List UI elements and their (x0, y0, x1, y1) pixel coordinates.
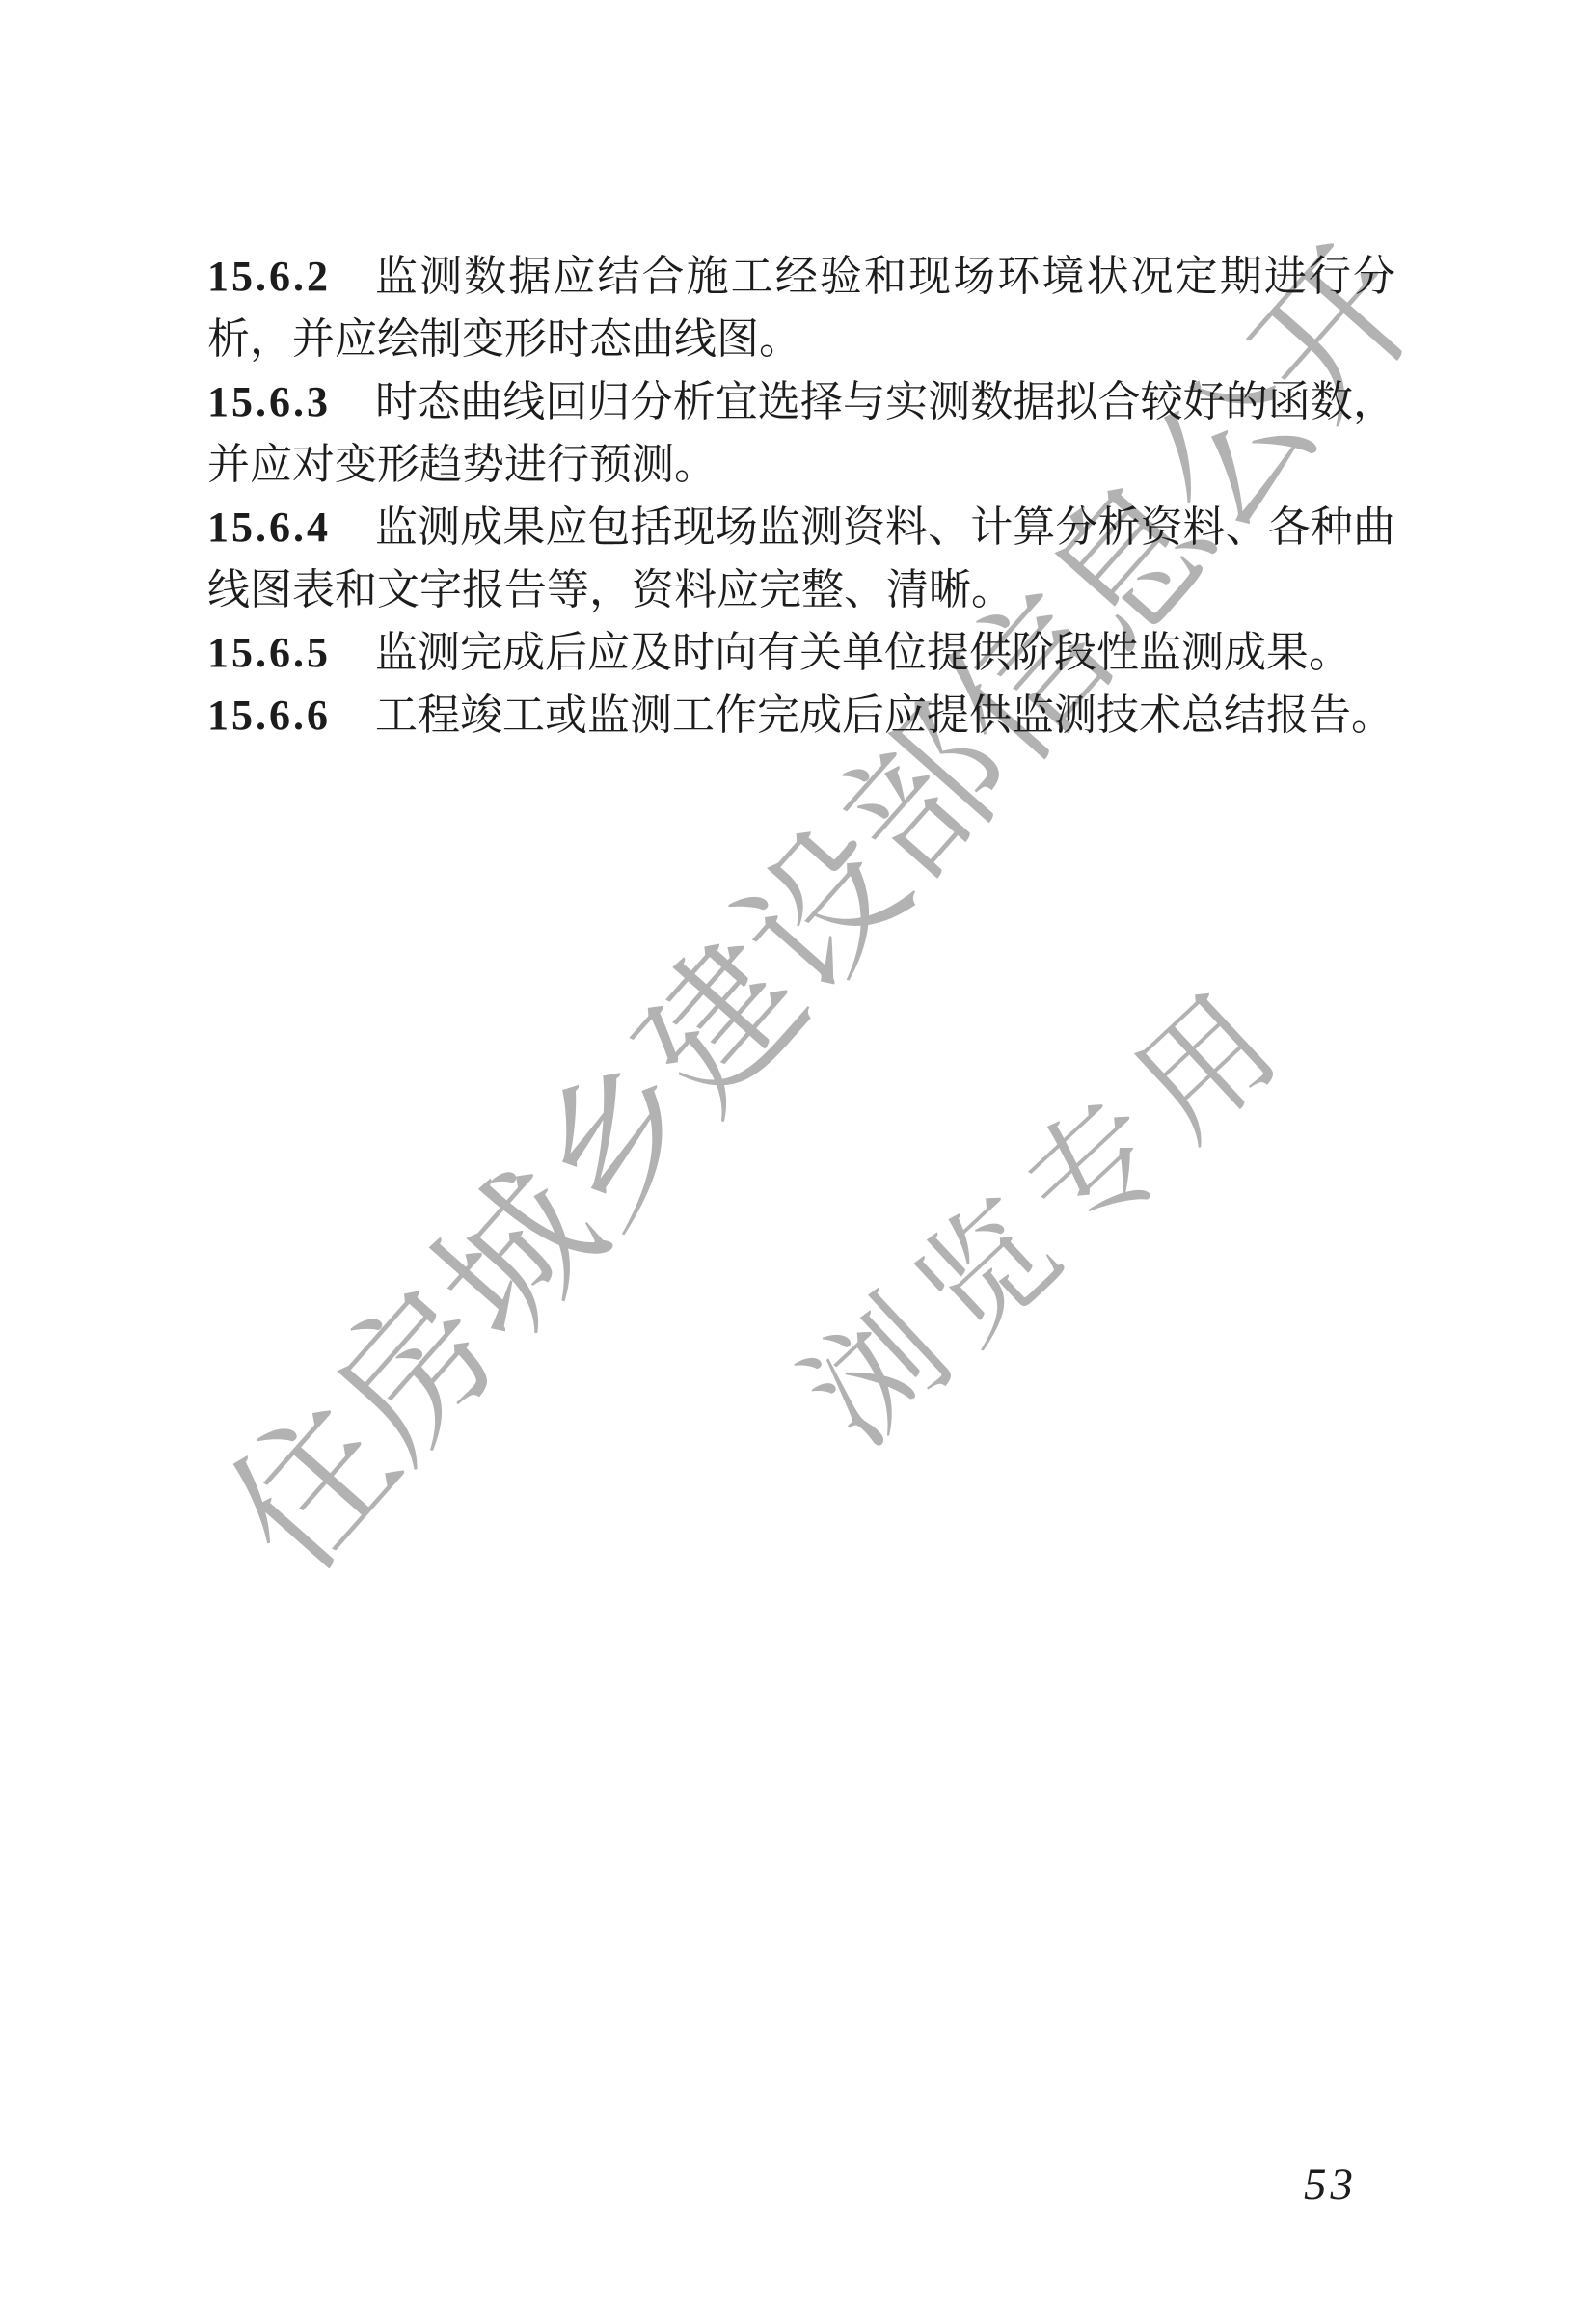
clause-text: 监测完成后应及时向有关单位提供阶段性监测成果。 (375, 621, 1395, 684)
page-number: 53 (1304, 2159, 1357, 2211)
clause-15.6.2-line: 15.6.2监测数据应结合施工经验和现场环境状况定期进行分 (207, 245, 1395, 308)
clause-15.6.3-line: 15.6.3时态曲线回归分析宜选择与实测数据拟合较好的函数， (207, 370, 1395, 433)
clause-text: 工程竣工或监测工作完成后应提供监测技术总结报告。 (375, 684, 1395, 747)
clause-15.6.5-line: 15.6.5监测完成后应及时向有关单位提供阶段性监测成果。 (207, 621, 1395, 684)
clause-number: 15.6.6 (207, 684, 331, 747)
clause-text: 并应对变形趋势进行预测。 (207, 433, 1395, 496)
document-page: 住房城乡建设部信息公开 浏览专用 15.6.2监测数据应结合施工经验和现场环境状… (0, 0, 1596, 2311)
clause-15.6.2-continuation: 析，并应绘制变形时态曲线图。 (207, 308, 1395, 370)
clauses-block: 15.6.2监测数据应结合施工经验和现场环境状况定期进行分析，并应绘制变形时态曲… (207, 245, 1395, 747)
clause-15.6.4-line: 15.6.4监测成果应包括现场监测资料、计算分析资料、各种曲 (207, 496, 1395, 558)
clause-text: 监测成果应包括现场监测资料、计算分析资料、各种曲 (375, 496, 1395, 558)
clause-15.6.6-line: 15.6.6工程竣工或监测工作完成后应提供监测技术总结报告。 (207, 684, 1395, 747)
clause-text: 时态曲线回归分析宜选择与实测数据拟合较好的函数， (375, 370, 1395, 433)
clause-text: 线图表和文字报告等，资料应完整、清晰。 (207, 558, 1395, 621)
clause-number: 15.6.3 (207, 370, 331, 433)
clause-text: 监测数据应结合施工经验和现场环境状况定期进行分 (375, 245, 1395, 308)
clause-text: 析，并应绘制变形时态曲线图。 (207, 308, 1395, 370)
clause-number: 15.6.2 (207, 245, 331, 308)
clause-15.6.3-continuation: 并应对变形趋势进行预测。 (207, 433, 1395, 496)
clause-number: 15.6.5 (207, 621, 331, 684)
clause-number: 15.6.4 (207, 496, 331, 558)
clause-15.6.4-continuation: 线图表和文字报告等，资料应完整、清晰。 (207, 558, 1395, 621)
